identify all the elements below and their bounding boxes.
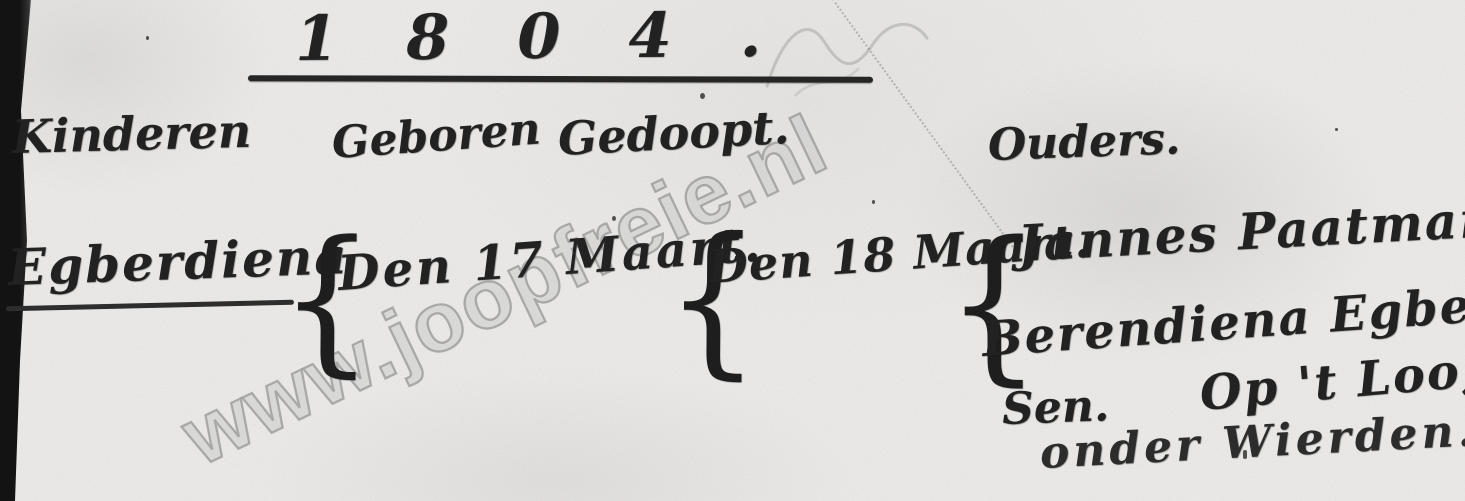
scanned-baptism-register-page: www.joopfreie.nl 1804. Kinderen Geboren … xyxy=(0,0,1465,501)
child-name-underline xyxy=(6,300,294,312)
header-children: Kinderen xyxy=(11,104,252,164)
header-born: Geboren xyxy=(330,103,542,168)
header-baptized: Gedoopt. xyxy=(557,100,791,166)
ink-speck xyxy=(146,36,149,40)
ink-speck xyxy=(1243,450,1247,459)
year-heading: 1804. xyxy=(295,0,830,75)
year-underline xyxy=(248,75,873,83)
ink-speck xyxy=(1335,128,1338,131)
ink-speck xyxy=(612,216,616,221)
father-name: Jannes Paatman. xyxy=(1016,188,1465,273)
ink-speck xyxy=(700,93,705,99)
ink-speck xyxy=(872,200,875,204)
header-parents: Ouders. xyxy=(987,113,1181,171)
